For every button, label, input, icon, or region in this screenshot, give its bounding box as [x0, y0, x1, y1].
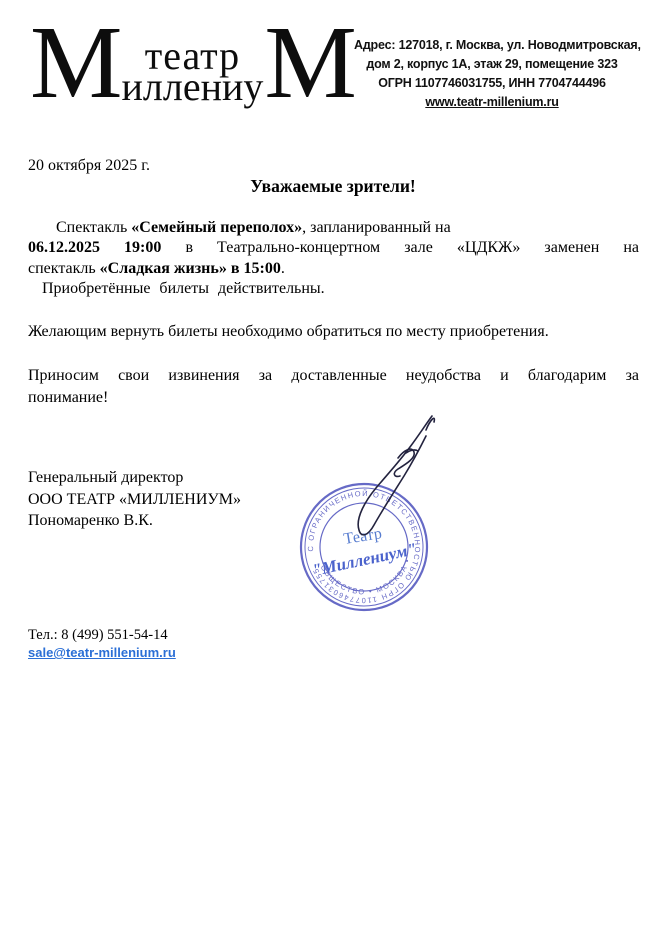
bold-text-segment: «Сладкая жизнь» в 15:00 — [100, 260, 281, 277]
text-line: Приобретённые билеты действительны. — [28, 279, 639, 299]
text-segment: Желающим вернуть билеты необходимо обрат… — [28, 323, 549, 340]
text-segment: . — [281, 260, 285, 277]
address-line-2: дом 2, корпус 1А, этаж 29, помещение 323 — [354, 55, 630, 74]
salutation-heading: Уважаемые зрители! — [0, 176, 666, 197]
phone-line: Тел.: 8 (499) 551-54-14 — [28, 626, 176, 644]
text-segment: Спектакль — [56, 219, 131, 236]
signature-strokes — [358, 416, 434, 535]
text-segment: Приносим свои извинения за доставленные … — [28, 367, 639, 384]
signer-block: Генеральный директор ООО ТЕАТР «МИЛЛЕНИУ… — [28, 467, 241, 532]
text-line: Спектакль «Семейный переполох», запланир… — [28, 218, 639, 238]
handwritten-signature — [336, 408, 440, 553]
text-line: Приносим свои извинения за доставленные … — [28, 365, 639, 387]
text-segment: в Театрально-концертном зале «ЦДКЖ» заме… — [161, 239, 639, 256]
text-line: 06.12.2025 19:00 в Театрально-концертном… — [28, 238, 639, 258]
text-line: спектакль «Сладкая жизнь» в 15:00. — [28, 259, 639, 279]
header-address-block: Адрес: 127018, г. Москва, ул. Новодмитро… — [354, 36, 630, 112]
website-link[interactable]: www.teatr-millenium.ru — [425, 95, 558, 109]
signer-position: Генеральный директор — [28, 467, 241, 489]
text-segment: Приобретённые билеты действительны. — [42, 280, 325, 297]
letter-page: М театр иллениу М Адрес: 127018, г. Моск… — [0, 0, 666, 942]
email-link[interactable]: sale@teatr-millenium.ru — [28, 644, 176, 662]
apology-paragraph: Приносим свои извинения за доставленные … — [28, 365, 639, 408]
theatre-logo: М театр иллениу М — [30, 26, 355, 101]
text-line: Желающим вернуть билеты необходимо обрат… — [28, 322, 639, 342]
signer-name: Пономаренко В.К. — [28, 510, 241, 532]
bold-text-segment: «Семейный переполох» — [131, 219, 302, 236]
announcement-paragraph: Спектакль «Семейный переполох», запланир… — [28, 218, 639, 300]
contact-block: Тел.: 8 (499) 551-54-14 sale@teatr-mille… — [28, 626, 176, 662]
refund-paragraph: Желающим вернуть билеты необходимо обрат… — [28, 322, 639, 342]
bold-text-segment: 06.12.2025 19:00 — [28, 239, 161, 256]
signer-company: ООО ТЕАТР «МИЛЛЕНИУМ» — [28, 489, 241, 511]
text-line: понимание! — [28, 387, 639, 409]
ogrn-inn-line: ОГРН 1107746031755, ИНН 7704744496 — [354, 74, 630, 93]
logo-word-illeniu: иллениу — [121, 71, 263, 103]
address-line-1: Адрес: 127018, г. Москва, ул. Новодмитро… — [354, 36, 630, 55]
text-segment: понимание! — [28, 389, 108, 406]
logo-big-m-left: М — [30, 26, 120, 101]
letter-date: 20 октября 2025 г. — [28, 157, 150, 175]
text-segment: спектакль — [28, 260, 100, 277]
logo-big-m-right: М — [264, 26, 354, 101]
text-segment: , запланированный на — [302, 219, 451, 236]
logo-middle-words: театр иллениу — [121, 40, 263, 103]
